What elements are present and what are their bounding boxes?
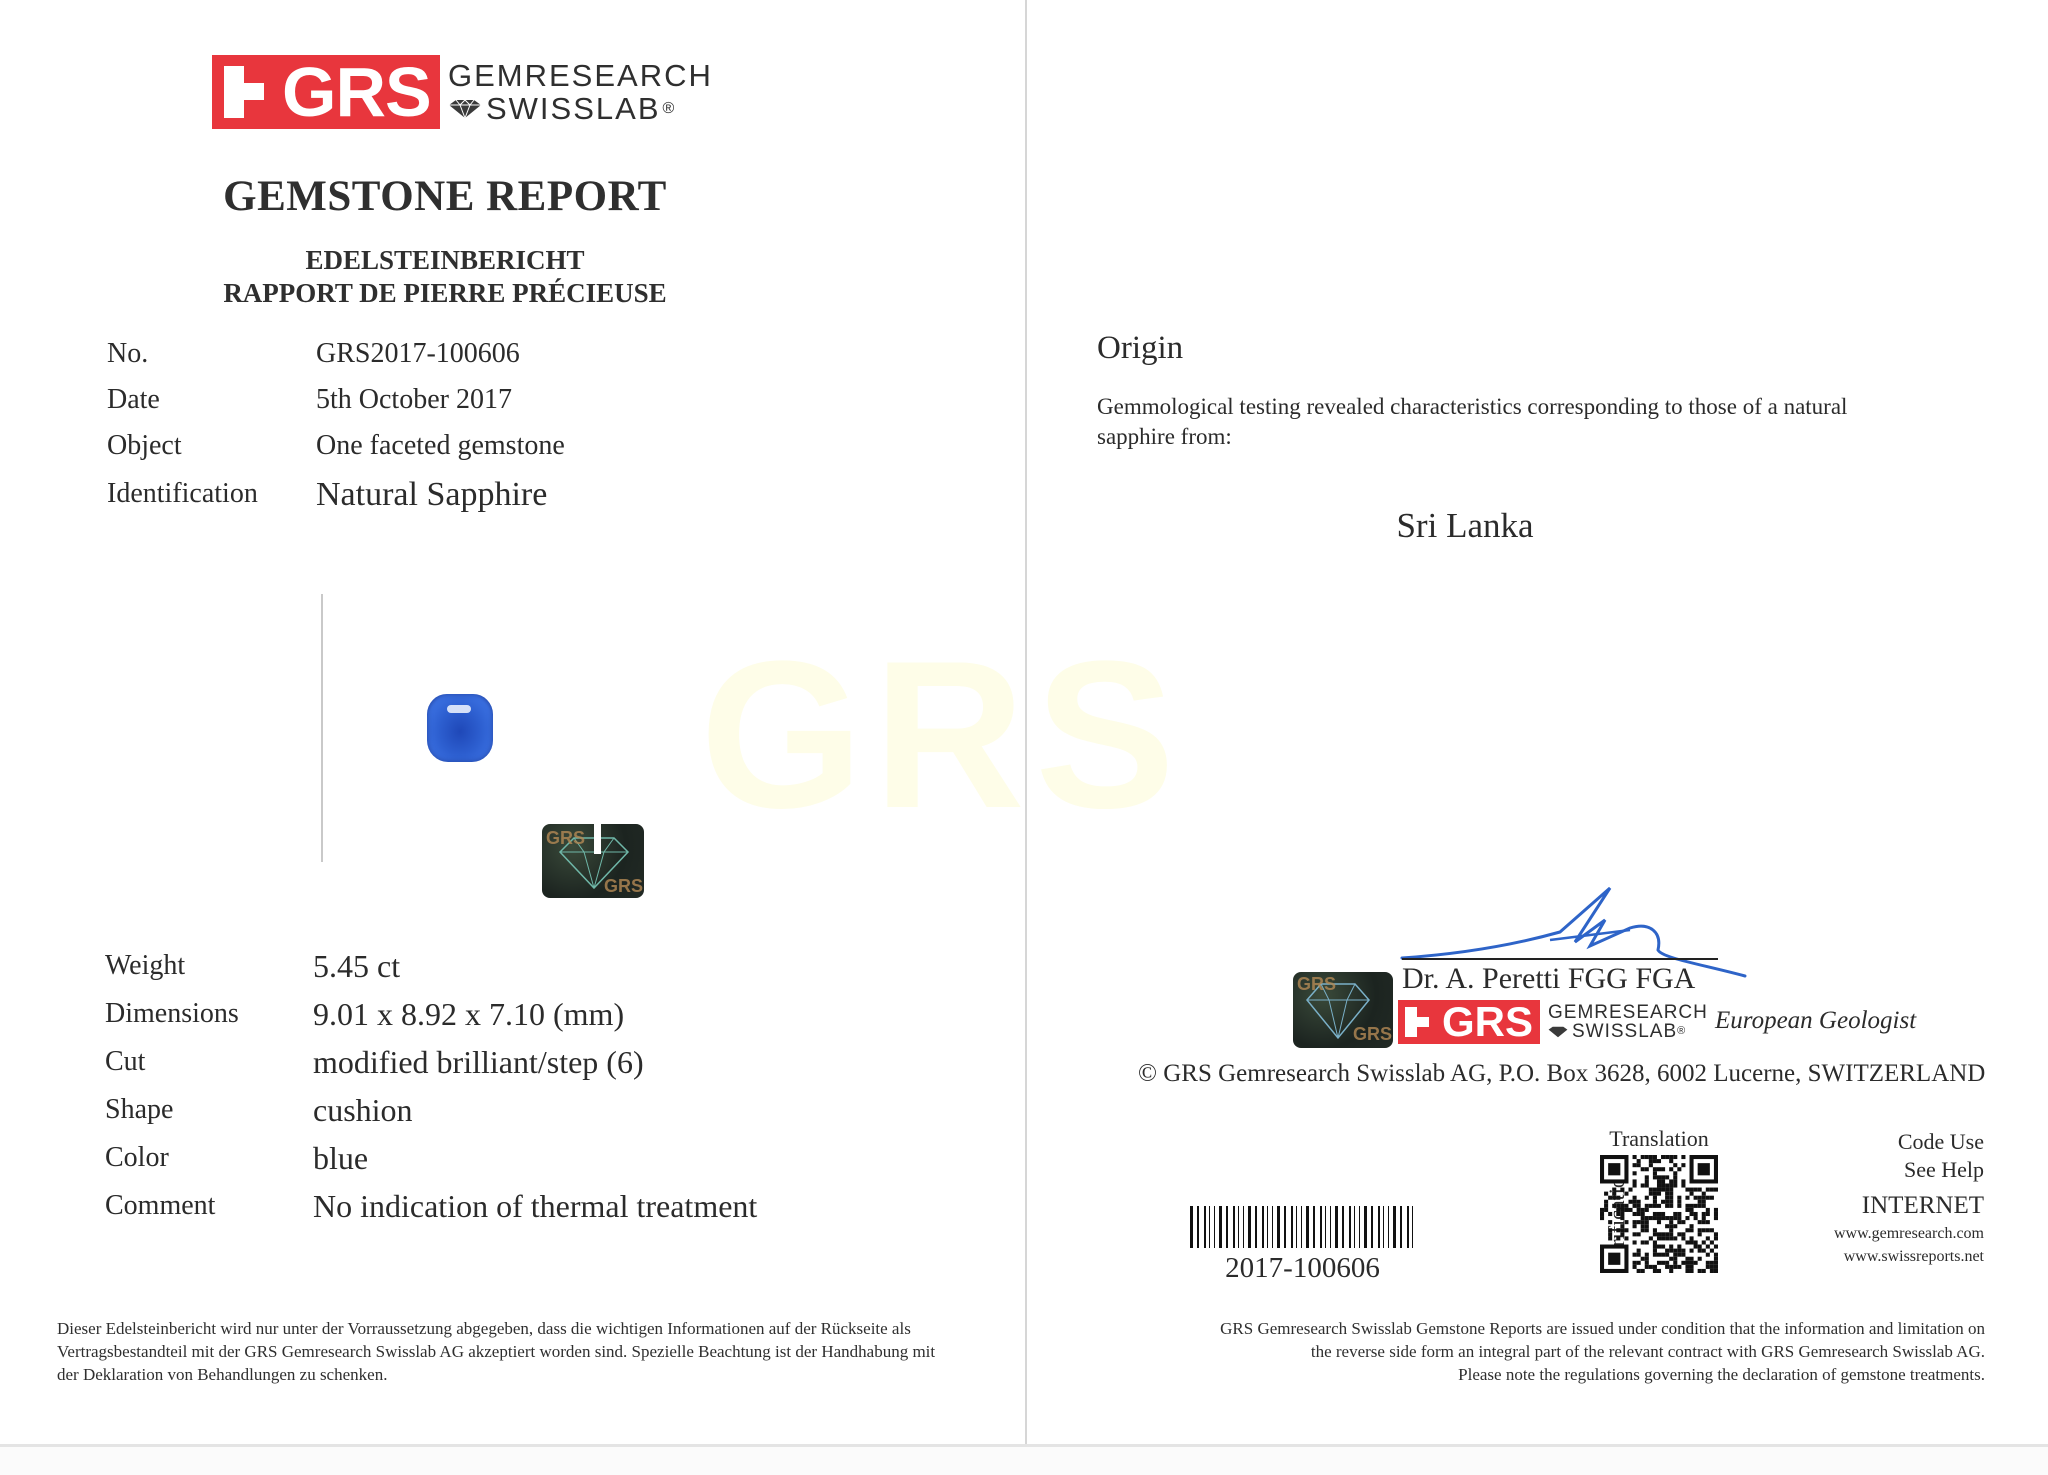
report-subtitle-fr: RAPPORT DE PIERRE PRÉCIEUSE <box>0 278 890 309</box>
copyright-address: © GRS Gemresearch Swisslab AG, P.O. Box … <box>1138 1060 1985 1088</box>
page-fold-divider <box>1025 0 1027 1446</box>
label-comment: Comment <box>105 1190 215 1222</box>
value-number: GRS2017-100606 <box>316 338 520 370</box>
value-date: 5th October 2017 <box>316 384 512 416</box>
qr-translation-label: Translation <box>1600 1126 1718 1152</box>
value-identification: Natural Sapphire <box>316 476 547 514</box>
label-object: Object <box>107 430 182 462</box>
grs-logo-small: GRS GEMRESEARCH SWISSLAB® <box>1398 1000 1708 1044</box>
value-dimensions: 9.01 x 8.92 x 7.10 (mm) <box>313 996 624 1033</box>
swiss-cross-bar <box>224 83 264 100</box>
url-gemresearch[interactable]: www.gemresearch.com <box>1834 1222 1984 1245</box>
signature-line <box>1402 958 1718 960</box>
disclaimer-german: Dieser Edelsteinbericht wird nur unter d… <box>57 1317 957 1386</box>
signatory-title: European Geologist <box>1715 1007 1916 1035</box>
barcode-number: 2017-100606 <box>1190 1252 1415 1285</box>
verification-qr-code[interactable] <box>1600 1155 1718 1273</box>
photo-frame-line <box>321 594 323 862</box>
origin-country: Sri Lanka <box>1090 506 1840 546</box>
label-shape: Shape <box>105 1094 173 1126</box>
diamond-icon <box>1548 1026 1568 1038</box>
code-use-help: Code Use See Help <box>1898 1128 1984 1184</box>
value-weight: 5.45 ct <box>313 948 400 985</box>
logo-swisslab-text: SWISSLAB <box>1572 1022 1677 1041</box>
label-weight: Weight <box>105 950 185 982</box>
report-subtitle-de: EDELSTEINBERICHT <box>0 245 890 276</box>
grs-logo-wordmark: GEMRESEARCH SWISSLAB® <box>448 60 713 124</box>
url-swissreports[interactable]: www.swissreports.net <box>1834 1245 1984 1268</box>
hologram-text: GRS <box>1297 974 1336 995</box>
value-cut: modified brilliant/step (6) <box>313 1044 644 1081</box>
grs-logo: GRS GEMRESEARCH SWISSLAB® <box>212 55 713 129</box>
page-bottom-margin <box>0 1447 2048 1475</box>
grs-logo-mark: GRS <box>212 55 440 129</box>
report-title: GEMSTONE REPORT <box>0 172 890 221</box>
grs-logo-text: GRS <box>282 55 431 129</box>
logo-line-swisslab: SWISSLAB® <box>448 93 713 124</box>
swiss-cross-bar <box>1405 1017 1429 1027</box>
hologram-seal: GRS GRS <box>542 824 644 898</box>
logo-line-swisslab: SWISSLAB® <box>1548 1022 1708 1041</box>
disclaimer-english: GRS Gemresearch Swisslab Gemstone Report… <box>1090 1317 1985 1386</box>
see-help-text: See Help <box>1898 1156 1984 1184</box>
grs-logo-wordmark: GEMRESEARCH SWISSLAB® <box>1548 1003 1708 1041</box>
origin-heading: Origin <box>1097 330 1183 367</box>
value-comment: No indication of thermal treatment <box>313 1188 757 1225</box>
label-number: No. <box>107 338 148 370</box>
hologram-seal-small: GRS GRS <box>1293 972 1393 1048</box>
signatory-name: Dr. A. Peretti FGG FGA <box>1402 962 1695 996</box>
logo-line-gemresearch: GEMRESEARCH <box>448 60 713 91</box>
internet-label: INTERNET <box>1862 1192 1984 1220</box>
diamond-icon <box>448 99 482 119</box>
sapphire-glint <box>447 705 471 713</box>
registered-mark: ® <box>1677 1026 1686 1037</box>
label-color: Color <box>105 1142 169 1174</box>
logo-line-gemresearch: GEMRESEARCH <box>1548 1003 1708 1022</box>
label-identification: Identification <box>107 478 258 510</box>
barcode <box>1190 1206 1415 1248</box>
logo-swisslab-text: SWISSLAB <box>486 93 661 124</box>
grs-watermark: GRS <box>700 630 1185 840</box>
label-date: Date <box>107 384 160 416</box>
grs-logo-mark: GRS <box>1398 1000 1540 1044</box>
hologram-text: GRS <box>546 828 585 849</box>
hologram-text: GRS <box>604 876 643 897</box>
code-use-text: Code Use <box>1898 1128 1984 1156</box>
disclaimer-line: Please note the regulations governing th… <box>1090 1363 1985 1386</box>
value-color: blue <box>313 1140 368 1177</box>
label-cut: Cut <box>105 1046 145 1078</box>
origin-description: Gemmological testing revealed characteri… <box>1097 392 1857 452</box>
registered-mark: ® <box>663 101 677 117</box>
website-links: www.gemresearch.com www.swissreports.net <box>1834 1222 1984 1268</box>
label-dimensions: Dimensions <box>105 998 239 1030</box>
hologram-text: GRS <box>1353 1024 1392 1045</box>
disclaimer-line: GRS Gemresearch Swisslab Gemstone Report… <box>1090 1317 1985 1340</box>
grs-logo-text: GRS <box>1442 1000 1533 1044</box>
value-object: One faceted gemstone <box>316 430 565 462</box>
disclaimer-line: the reverse side form an integral part o… <box>1090 1340 1985 1363</box>
value-shape: cushion <box>313 1092 413 1129</box>
